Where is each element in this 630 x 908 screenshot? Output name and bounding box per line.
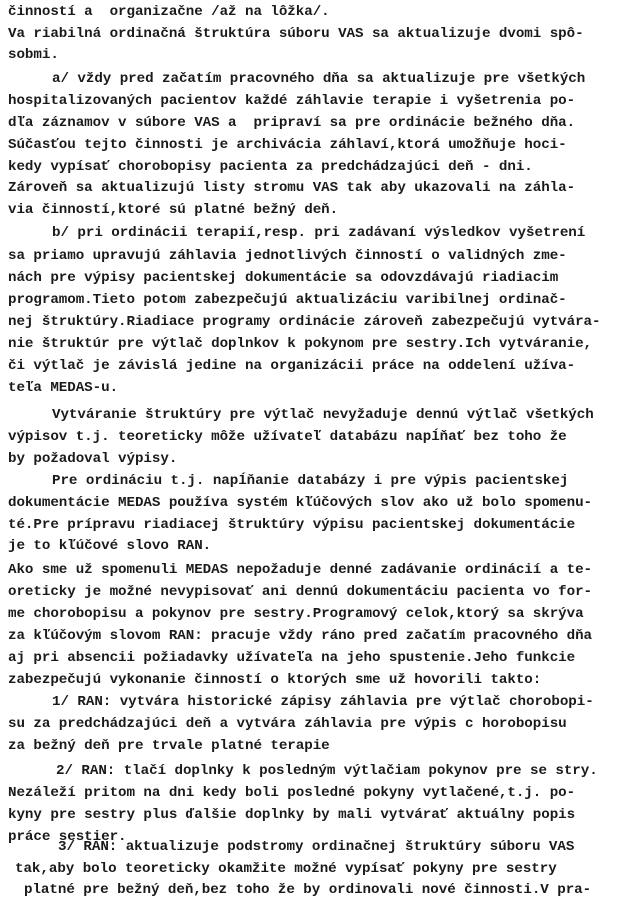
text-line: sa priamo upravujú záhlavia jednotlivých… bbox=[8, 247, 567, 265]
text-line: tak,aby bolo teoreticky okamžite možné v… bbox=[15, 860, 557, 878]
text-line: a/ vždy pred začatím pracovného dňa sa a… bbox=[52, 70, 585, 88]
text-line: hospitalizovaných pacientov každé záhlav… bbox=[8, 92, 575, 110]
text-line: b/ pri ordinácii terapií,resp. pri zadáv… bbox=[52, 224, 585, 242]
text-line: Zároveň sa aktualizujú listy stromu VAS … bbox=[8, 179, 575, 197]
text-line: su za predchádzajúci deň a vytvára záhla… bbox=[8, 715, 567, 733]
text-line: za bežný deň pre trvale platné terapie bbox=[8, 737, 330, 755]
text-line: Pre ordináciu t.j. napĺňanie databázy i … bbox=[52, 472, 568, 490]
text-line: je to kľúčové slovo RAN. bbox=[8, 537, 211, 555]
text-line: oreticky je možné nevypisovať ani dennú … bbox=[8, 583, 592, 601]
text-line: té.Pre prípravu riadiacej štruktúry výpi… bbox=[8, 516, 575, 534]
text-line: dľa záznamov v súbore VAS a pripraví sa … bbox=[8, 114, 575, 132]
text-line: činností a organizačne /až na lôžka/. bbox=[8, 3, 330, 21]
text-line: 3/ RAN: aktualizuje podstromy ordinačnej… bbox=[58, 838, 574, 856]
text-line: 1/ RAN: vytvára historické zápisy záhlav… bbox=[52, 693, 594, 711]
text-line: sobmi. bbox=[8, 46, 59, 64]
text-line: Vytváranie štruktúry pre výtlač nevyžadu… bbox=[52, 406, 594, 424]
text-line: nie štruktúr pre výtlač doplnkov k pokyn… bbox=[8, 335, 592, 353]
text-line: by požadoval výpisy. bbox=[8, 450, 177, 468]
text-line: via činností,ktoré sú platné bežný deň. bbox=[8, 201, 338, 219]
text-line: dokumentácie MEDAS používa systém kľúčov… bbox=[8, 494, 592, 512]
text-line: či výtlač je závislá jedine na organizác… bbox=[8, 357, 575, 375]
text-line: Va riabilná ordinačná štruktúra súboru V… bbox=[8, 25, 584, 43]
text-line: aj pri absencii požiadavky užívateľa na … bbox=[8, 649, 575, 667]
text-line: Ako sme už spomenuli MEDAS nepožaduje de… bbox=[8, 561, 592, 579]
text-line: Nezáleží pritom na dni kedy boli posledn… bbox=[8, 784, 575, 802]
text-line: programom.Tieto potom zabezpečujú aktual… bbox=[8, 291, 567, 309]
text-line: Súčasťou tejto činnosti je archivácia zá… bbox=[8, 136, 567, 154]
text-line: teľa MEDAS-u. bbox=[8, 379, 118, 397]
text-line: zabezpečujú vykonanie činností o ktorých… bbox=[8, 671, 541, 689]
text-line: nej štruktúry.Riadiace programy ordináci… bbox=[8, 313, 600, 331]
text-line: platné pre bežný deň,bez toho že by ordi… bbox=[24, 881, 591, 899]
text-line: me chorobopisu a pokynov pre sestry.Prog… bbox=[8, 605, 584, 623]
text-line: za kľúčovým slovom RAN: pracuje vždy rán… bbox=[8, 627, 592, 645]
text-line: 2/ RAN: tlačí doplnky k posledným výtlač… bbox=[56, 762, 598, 780]
text-line: kedy vypísať chorobopisy pacienta za pre… bbox=[8, 158, 533, 176]
text-line: kyny pre sestry plus ďalšie doplnky by m… bbox=[8, 806, 575, 824]
text-line: nách pre výpisy pacientskej dokumentácie… bbox=[8, 269, 558, 287]
text-line: výpisov t.j. teoreticky môže užívateľ da… bbox=[8, 428, 567, 446]
typewritten-document-page: činností a organizačne /až na lôžka/. Va… bbox=[0, 0, 630, 908]
